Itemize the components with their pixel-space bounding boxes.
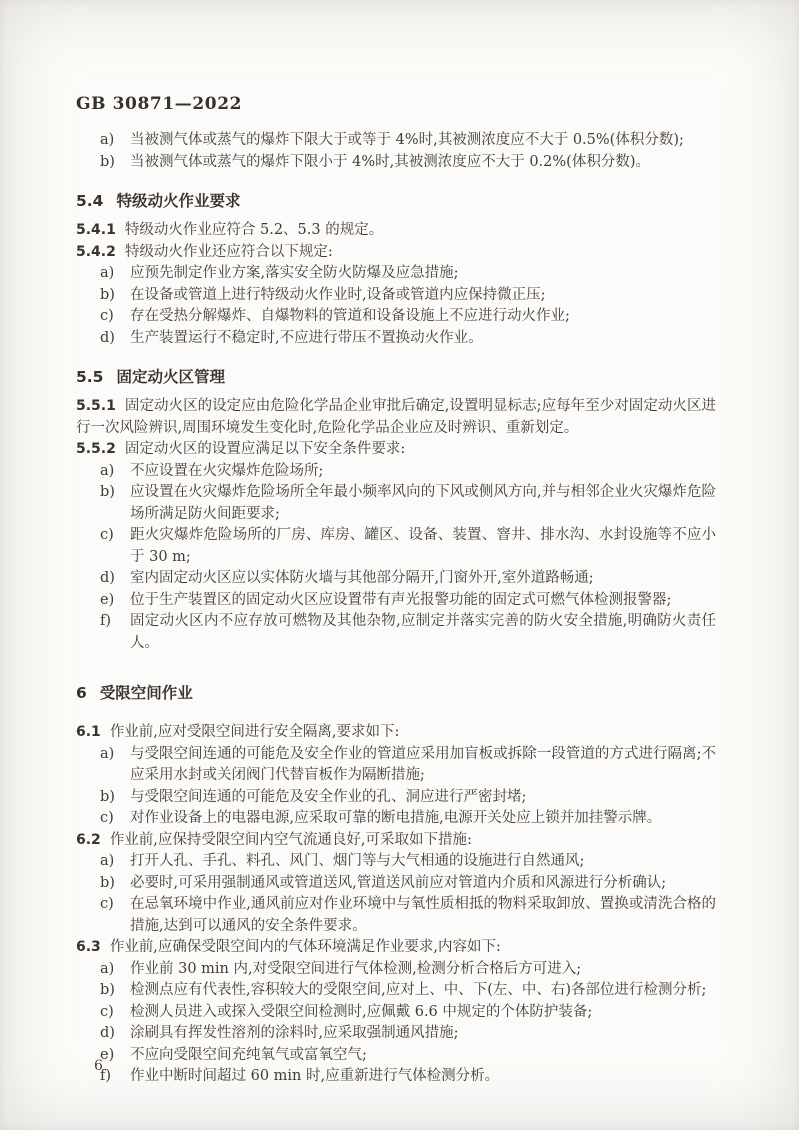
item-label: a) bbox=[100, 130, 114, 152]
item-text: 作业中断时间超过 60 min 时,应重新进行气体检测分析。 bbox=[130, 1068, 499, 1084]
item-text: 在设备或管道上进行特级动火作业时,设备或管道内应保持微正压; bbox=[130, 287, 546, 303]
item-label: b) bbox=[100, 980, 115, 1002]
clause-6-2-list: a) 打开人孔、手孔、料孔、风门、烟门等与大气相通的设施进行自然通风; b) 必… bbox=[76, 851, 716, 937]
list-item: b) 应设置在火灾爆炸危险场所全年最小频率风向的下风或侧风方向,并与相邻企业火灾… bbox=[76, 482, 716, 525]
page-number: 6 bbox=[94, 1058, 103, 1074]
list-item: d) 室内固定动火区应以实体防火墙与其他部分隔开,门窗外开,室外道路畅通; bbox=[76, 568, 716, 590]
item-label: a) bbox=[100, 263, 114, 285]
clause-5-4-1: 5.4.1特级动火作业应符合 5.2、5.3 的规定。 bbox=[76, 220, 716, 242]
item-text: 作业前 30 min 内,对受限空间进行气体检测,检测分析合格后方可进入; bbox=[130, 961, 581, 977]
item-label: d) bbox=[100, 1023, 115, 1045]
list-item: a) 作业前 30 min 内,对受限空间进行气体检测,检测分析合格后方可进入; bbox=[76, 959, 716, 981]
clause-5-4-2: 5.4.2特级动火作业还应符合以下规定: bbox=[76, 242, 716, 264]
item-text: 不应向受限空间充纯氧气或富氧空气; bbox=[130, 1047, 367, 1063]
item-text: 涂刷具有挥发性溶剂的涂料时,应采取强制通风措施; bbox=[130, 1025, 459, 1041]
list-item: c) 检测人员进入或探入受限空间检测时,应佩戴 6.6 中规定的个体防护装备; bbox=[76, 1002, 716, 1024]
list-item: f) 作业中断时间超过 60 min 时,应重新进行气体检测分析。 bbox=[76, 1066, 716, 1088]
clause-number: 6.2 bbox=[76, 832, 101, 848]
clause-6-1-list: a) 与受限空间连通的可能危及安全作业的管道应采用加盲板或拆除一段管道的方式进行… bbox=[76, 744, 716, 830]
item-label: f) bbox=[100, 611, 111, 633]
item-label: c) bbox=[100, 306, 114, 328]
item-text: 当被测气体或蒸气的爆炸下限小于 4%时,其被测浓度应不大于 0.2%(体积分数)… bbox=[130, 154, 650, 170]
item-label: d) bbox=[100, 568, 115, 590]
item-text: 生产装置运行不稳定时,不应进行带压不置换动火作业。 bbox=[130, 330, 483, 346]
list-item: d) 生产装置运行不稳定时,不应进行带压不置换动火作业。 bbox=[76, 328, 716, 350]
item-text: 存在受热分解爆炸、自爆物料的管道和设备设施上不应进行动火作业; bbox=[130, 308, 570, 324]
chapter-title: 受限空间作业 bbox=[100, 684, 193, 702]
item-label: a) bbox=[100, 744, 114, 766]
item-label: c) bbox=[100, 894, 114, 916]
clause-text: 作业前,应对受限空间进行安全隔离,要求如下: bbox=[110, 724, 400, 740]
item-label: e) bbox=[100, 590, 114, 612]
list-item: a) 与受限空间连通的可能危及安全作业的管道应采用加盲板或拆除一段管道的方式进行… bbox=[76, 744, 716, 787]
list-item: a) 打开人孔、手孔、料孔、风门、烟门等与大气相通的设施进行自然通风; bbox=[76, 851, 716, 873]
section-number: 5.4 bbox=[76, 192, 103, 210]
clause-text: 固定动火区的设置应满足以下安全条件要求: bbox=[125, 441, 405, 457]
item-label: b) bbox=[100, 787, 115, 809]
clause-number: 6.3 bbox=[76, 939, 101, 955]
item-text: 固定动火区内不应存放可燃物及其他杂物,应制定并落实完善的防火安全措施,明确防火责… bbox=[130, 613, 716, 651]
clause-number: 5.4.1 bbox=[76, 222, 116, 238]
clause-6-3-list: a) 作业前 30 min 内,对受限空间进行气体检测,检测分析合格后方可进入;… bbox=[76, 959, 716, 1088]
section-title: 特级动火作业要求 bbox=[116, 192, 240, 210]
clause-text: 作业前,应保持受限空间内空气流通良好,可采取如下措施: bbox=[110, 832, 472, 848]
clause-6-2: 6.2作业前,应保持受限空间内空气流通良好,可采取如下措施: bbox=[76, 830, 716, 852]
item-label: b) bbox=[100, 873, 115, 895]
clause-number: 5.4.2 bbox=[76, 244, 116, 260]
clause-5-4-2-list: a) 应预先制定作业方案,落实安全防火防爆及应急措施; b) 在设备或管道上进行… bbox=[76, 263, 716, 349]
item-label: b) bbox=[100, 482, 115, 504]
section-heading-5-4: 5.4特级动火作业要求 bbox=[76, 189, 716, 211]
list-item: c) 在忌氧环境中作业,通风前应对作业环境中与氧性质相抵的物料采取卸放、置换或清… bbox=[76, 894, 716, 937]
item-label: c) bbox=[100, 808, 114, 830]
list-item: b) 在设备或管道上进行特级动火作业时,设备或管道内应保持微正压; bbox=[76, 285, 716, 307]
item-text: 必要时,可采用强制通风或管道送风,管道送风前应对管道内介质和风源进行分析确认; bbox=[130, 875, 666, 891]
item-text: 室内固定动火区应以实体防火墙与其他部分隔开,门窗外开,室外道路畅通; bbox=[130, 570, 594, 586]
section-title: 固定动火区管理 bbox=[116, 368, 225, 386]
item-label: c) bbox=[100, 525, 114, 547]
chapter-number: 6 bbox=[76, 684, 87, 702]
item-text: 打开人孔、手孔、料孔、风门、烟门等与大气相通的设施进行自然通风; bbox=[130, 853, 584, 869]
item-label: c) bbox=[100, 1002, 114, 1024]
item-text: 检测人员进入或探入受限空间检测时,应佩戴 6.6 中规定的个体防护装备; bbox=[130, 1004, 592, 1020]
item-text: 与受限空间连通的可能危及安全作业的孔、洞应进行严密封堵; bbox=[130, 789, 526, 805]
clause-5-5-2: 5.5.2固定动火区的设置应满足以下安全条件要求: bbox=[76, 439, 716, 461]
standard-number: GB 30871—2022 bbox=[76, 94, 716, 114]
list-item: f) 固定动火区内不应存放可燃物及其他杂物,应制定并落实完善的防火安全措施,明确… bbox=[76, 611, 716, 654]
list-item: e) 位于生产装置区的固定动火区应设置带有声光报警功能的固定式可燃气体检测报警器… bbox=[76, 590, 716, 612]
item-label: a) bbox=[100, 959, 114, 981]
list-item: c) 存在受热分解爆炸、自爆物料的管道和设备设施上不应进行动火作业; bbox=[76, 306, 716, 328]
list-item: c) 距火灾爆炸危险场所的厂房、库房、罐区、设备、装置、窨井、排水沟、水封设施等… bbox=[76, 525, 716, 568]
item-text: 当被测气体或蒸气的爆炸下限大于或等于 4%时,其被测浓度应不大于 0.5%(体积… bbox=[130, 132, 684, 148]
item-text: 对作业设备上的电器电源,应采取可靠的断电措施,电源开关处应上锁并加挂警示牌。 bbox=[130, 810, 661, 826]
section-heading-5-5: 5.5固定动火区管理 bbox=[76, 365, 716, 387]
clause-number: 5.5.1 bbox=[76, 398, 116, 414]
clause-number: 5.5.2 bbox=[76, 441, 116, 457]
clause-6-3: 6.3作业前,应确保受限空间内的气体环境满足作业要求,内容如下: bbox=[76, 937, 716, 959]
list-item: b) 当被测气体或蒸气的爆炸下限小于 4%时,其被测浓度应不大于 0.2%(体积… bbox=[76, 152, 716, 174]
list-item: b) 检测点应有代表性,容积较大的受限空间,应对上、中、下(左、中、右)各部位进… bbox=[76, 980, 716, 1002]
list-item: d) 涂刷具有挥发性溶剂的涂料时,应采取强制通风措施; bbox=[76, 1023, 716, 1045]
list-item: b) 与受限空间连通的可能危及安全作业的孔、洞应进行严密封堵; bbox=[76, 787, 716, 809]
list-item: b) 必要时,可采用强制通风或管道送风,管道送风前应对管道内介质和风源进行分析确… bbox=[76, 873, 716, 895]
item-text: 不应设置在火灾爆炸危险场所; bbox=[130, 463, 323, 479]
item-label: b) bbox=[100, 152, 115, 174]
document-page: GB 30871—2022 a) 当被测气体或蒸气的爆炸下限大于或等于 4%时,… bbox=[0, 0, 799, 1130]
clause-text: 特级动火作业还应符合以下规定: bbox=[125, 244, 333, 260]
item-text: 应预先制定作业方案,落实安全防火防爆及应急措施; bbox=[130, 265, 459, 281]
chapter-heading-6: 6受限空间作业 bbox=[76, 681, 716, 703]
item-text: 位于生产装置区的固定动火区应设置带有声光报警功能的固定式可燃气体检测报警器; bbox=[130, 592, 671, 608]
item-label: a) bbox=[100, 851, 114, 873]
clause-5-5-2-list: a) 不应设置在火灾爆炸危险场所; b) 应设置在火灾爆炸危险场所全年最小频率风… bbox=[76, 461, 716, 655]
clause-number: 6.1 bbox=[76, 724, 101, 740]
list-item: a) 不应设置在火灾爆炸危险场所; bbox=[76, 461, 716, 483]
item-text: 检测点应有代表性,容积较大的受限空间,应对上、中、下(左、中、右)各部位进行检测… bbox=[130, 982, 706, 998]
item-text: 应设置在火灾爆炸危险场所全年最小频率风向的下风或侧风方向,并与相邻企业火灾爆炸危… bbox=[130, 484, 716, 522]
clause-6-1: 6.1作业前,应对受限空间进行安全隔离,要求如下: bbox=[76, 722, 716, 744]
item-text: 距火灾爆炸危险场所的厂房、库房、罐区、设备、装置、窨井、排水沟、水封设施等不应小… bbox=[130, 527, 716, 565]
item-text: 在忌氧环境中作业,通风前应对作业环境中与氧性质相抵的物料采取卸放、置换或清洗合格… bbox=[130, 896, 716, 934]
list-item: a) 当被测气体或蒸气的爆炸下限大于或等于 4%时,其被测浓度应不大于 0.5%… bbox=[76, 130, 716, 152]
item-text: 与受限空间连通的可能危及安全作业的管道应采用加盲板或拆除一段管道的方式进行隔离;… bbox=[130, 746, 716, 784]
list-item: a) 应预先制定作业方案,落实安全防火防爆及应急措施; bbox=[76, 263, 716, 285]
item-label: b) bbox=[100, 285, 115, 307]
page-content: GB 30871—2022 a) 当被测气体或蒸气的爆炸下限大于或等于 4%时,… bbox=[76, 94, 716, 1088]
list-item: c) 对作业设备上的电器电源,应采取可靠的断电措施,电源开关处应上锁并加挂警示牌… bbox=[76, 808, 716, 830]
item-label: d) bbox=[100, 328, 115, 350]
item-label: a) bbox=[100, 461, 114, 483]
clause-text: 特级动火作业应符合 5.2、5.3 的规定。 bbox=[125, 222, 383, 238]
clause-text: 固定动火区的设定应由危险化学品企业审批后确定,设置明显标志;应每年至少对固定动火… bbox=[76, 398, 716, 436]
list-item: e) 不应向受限空间充纯氧气或富氧空气; bbox=[76, 1045, 716, 1067]
section-number: 5.5 bbox=[76, 368, 103, 386]
clause-text: 作业前,应确保受限空间内的气体环境满足作业要求,内容如下: bbox=[110, 939, 501, 955]
lead-list: a) 当被测气体或蒸气的爆炸下限大于或等于 4%时,其被测浓度应不大于 0.5%… bbox=[76, 130, 716, 173]
clause-5-5-1: 5.5.1固定动火区的设定应由危险化学品企业审批后确定,设置明显标志;应每年至少… bbox=[76, 396, 716, 439]
